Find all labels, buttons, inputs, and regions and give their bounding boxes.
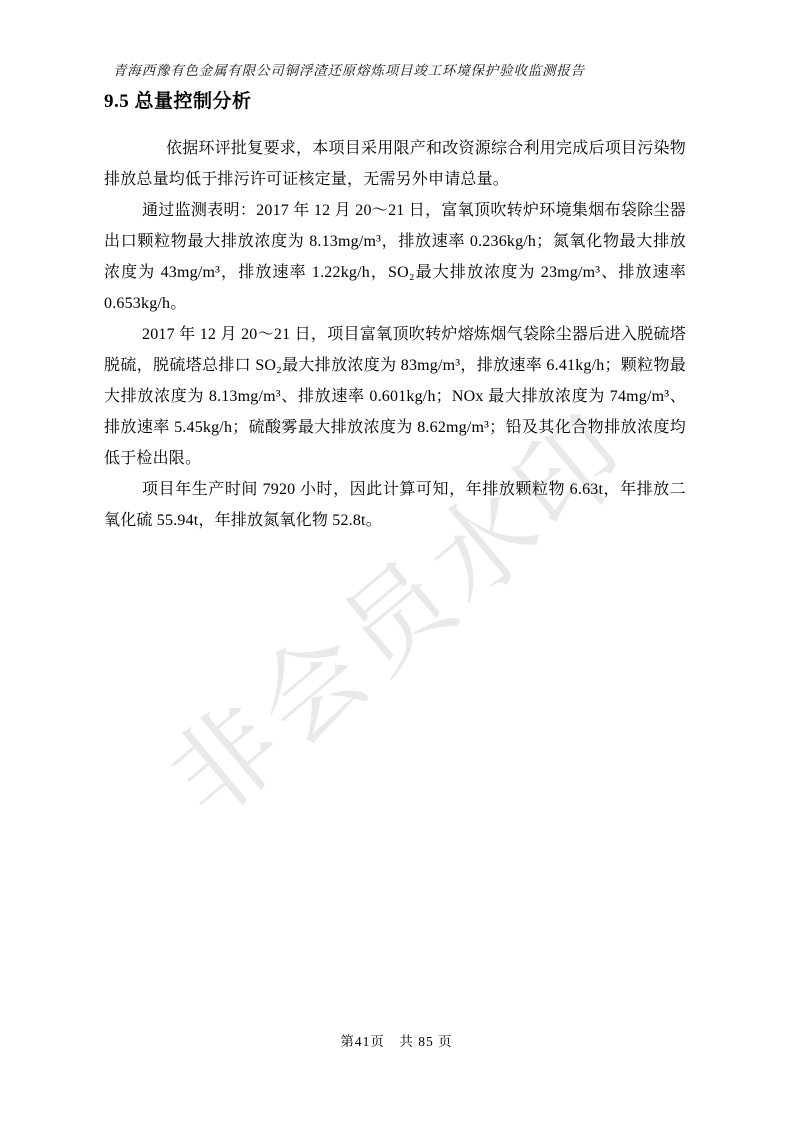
paragraph-desulfurization-tower-results: 2017 年 12 月 20～21 日，项目富氧顶吹转炉熔炼烟气袋除尘器后进入脱… — [104, 319, 686, 474]
paragraph-annual-emissions: 项目年生产时间 7920 小时，因此计算可知，年排放颗粒物 6.63t，年排放二… — [104, 474, 686, 536]
section-title: 9.5 总量控制分析 — [104, 90, 686, 114]
page-footer: 第41页 共 85 页 — [0, 1030, 793, 1050]
document-body: 9.5 总量控制分析 依据环评批复要求，本项目采用限产和改资源综合利用完成后项目… — [104, 90, 686, 536]
page-header: 青海西豫有色金属有限公司铜浮渣还原熔炼项目竣工环境保护验收监测报告 — [113, 59, 673, 79]
paragraph-approval-requirement: 依据环评批复要求，本项目采用限产和改资源综合利用完成后项目污染物排放总量均低于排… — [104, 133, 686, 195]
paragraph-monitoring-results-baghouse: 通过监测表明：2017 年 12 月 20～21 日，富氧顶吹转炉环境集烟布袋除… — [104, 195, 686, 319]
document-page: 非会员水印 青海西豫有色金属有限公司铜浮渣还原熔炼项目竣工环境保护验收监测报告 … — [0, 0, 793, 1122]
